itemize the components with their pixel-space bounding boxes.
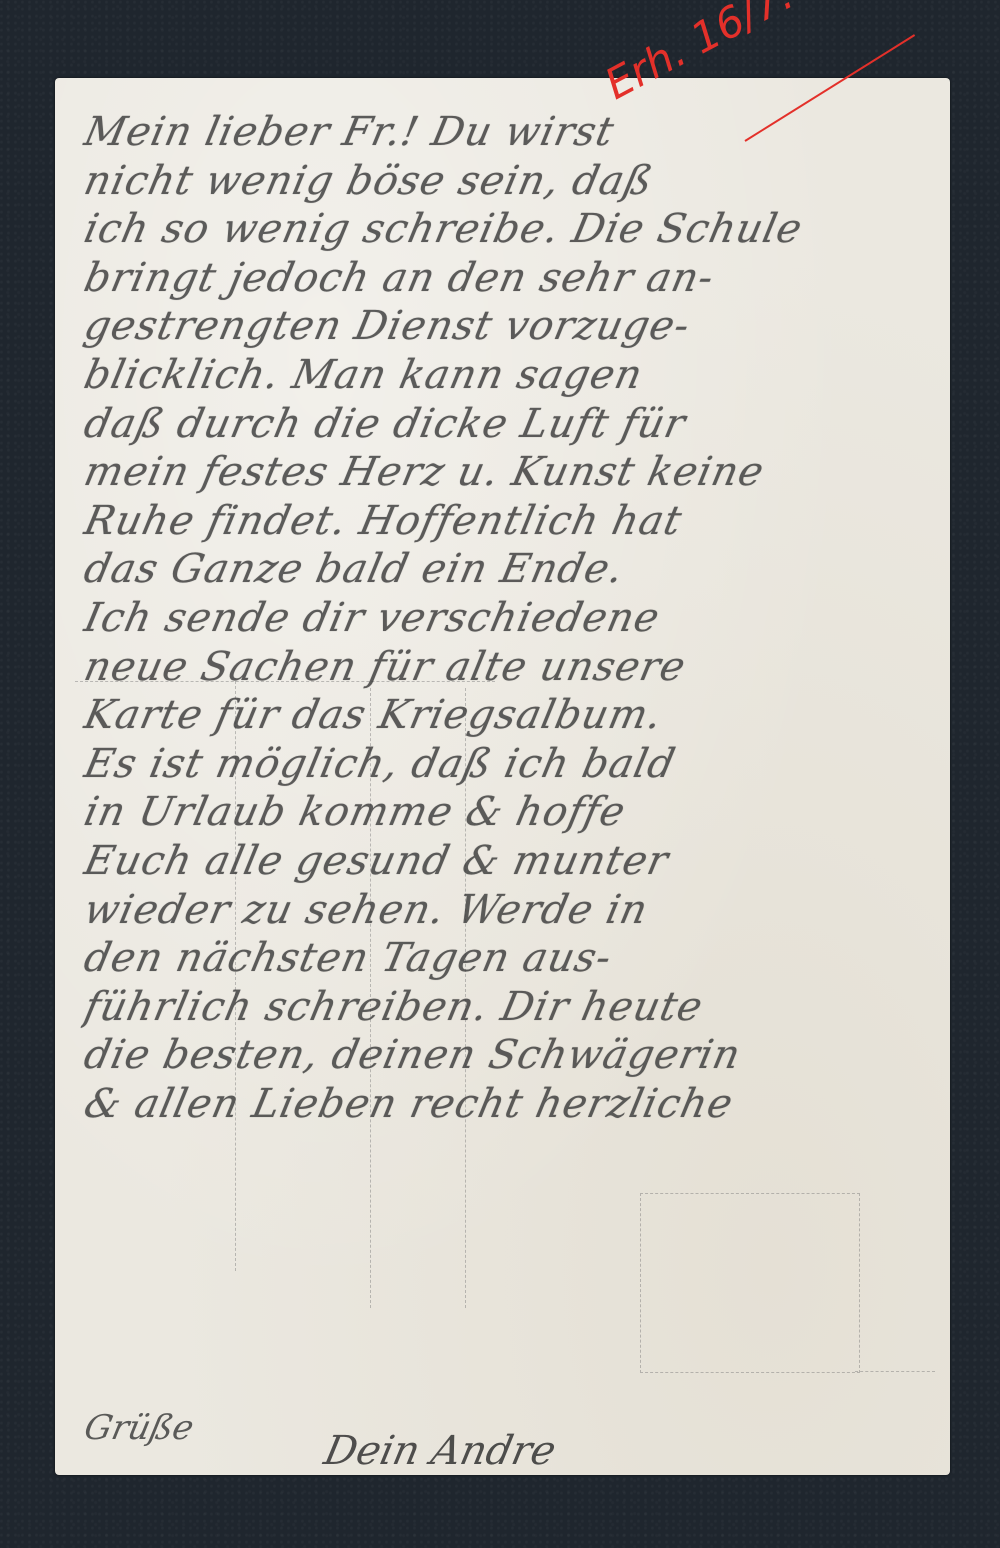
letter-line: die besten, deinen Schwägerin xyxy=(80,1031,930,1080)
letter-line: nicht wenig böse sein, daß xyxy=(80,157,930,206)
letter-body: Mein lieber Fr.! Du wirst nicht wenig bö… xyxy=(85,108,925,1128)
letter-line: Euch alle gesund & munter xyxy=(80,837,930,886)
letter-line: führlich schreiben. Dir heute xyxy=(80,983,930,1032)
stamp-box xyxy=(640,1193,860,1373)
postcard: Mein lieber Fr.! Du wirst nicht wenig bö… xyxy=(55,78,950,1475)
letter-line: das Ganze bald ein Ende. xyxy=(80,545,930,594)
letter-line: den nächsten Tagen aus- xyxy=(80,934,930,983)
letter-line: Mein lieber Fr.! Du wirst xyxy=(80,108,930,157)
letter-closing: Grüße xyxy=(81,1408,198,1448)
letter-line: in Urlaub komme & hoffe xyxy=(80,788,930,837)
letter-line: ich so wenig schreibe. Die Schule xyxy=(80,205,930,254)
letter-line: Ruhe findet. Hoffentlich hat xyxy=(80,497,930,546)
letter-line: blicklich. Man kann sagen xyxy=(80,351,930,400)
letter-line: wieder zu sehen. Werde in xyxy=(80,886,930,935)
letter-line: Es ist möglich, daß ich bald xyxy=(80,740,930,789)
letter-line: neue Sachen für alte unsere xyxy=(80,643,930,692)
printed-guide-line xyxy=(855,1371,935,1372)
letter-line: Ich sende dir verschiedene xyxy=(80,594,930,643)
letter-signature: Dein Andre xyxy=(320,1428,560,1474)
letter-line: Karte für das Kriegsalbum. xyxy=(80,691,930,740)
letter-line: mein festes Herz u. Kunst keine xyxy=(80,448,930,497)
letter-line: & allen Lieben recht herzliche xyxy=(80,1080,930,1129)
letter-line: bringt jedoch an den sehr an- xyxy=(80,254,930,303)
letter-line: gestrengten Dienst vorzuge- xyxy=(80,302,930,351)
letter-line: daß durch die dicke Luft für xyxy=(80,400,930,449)
